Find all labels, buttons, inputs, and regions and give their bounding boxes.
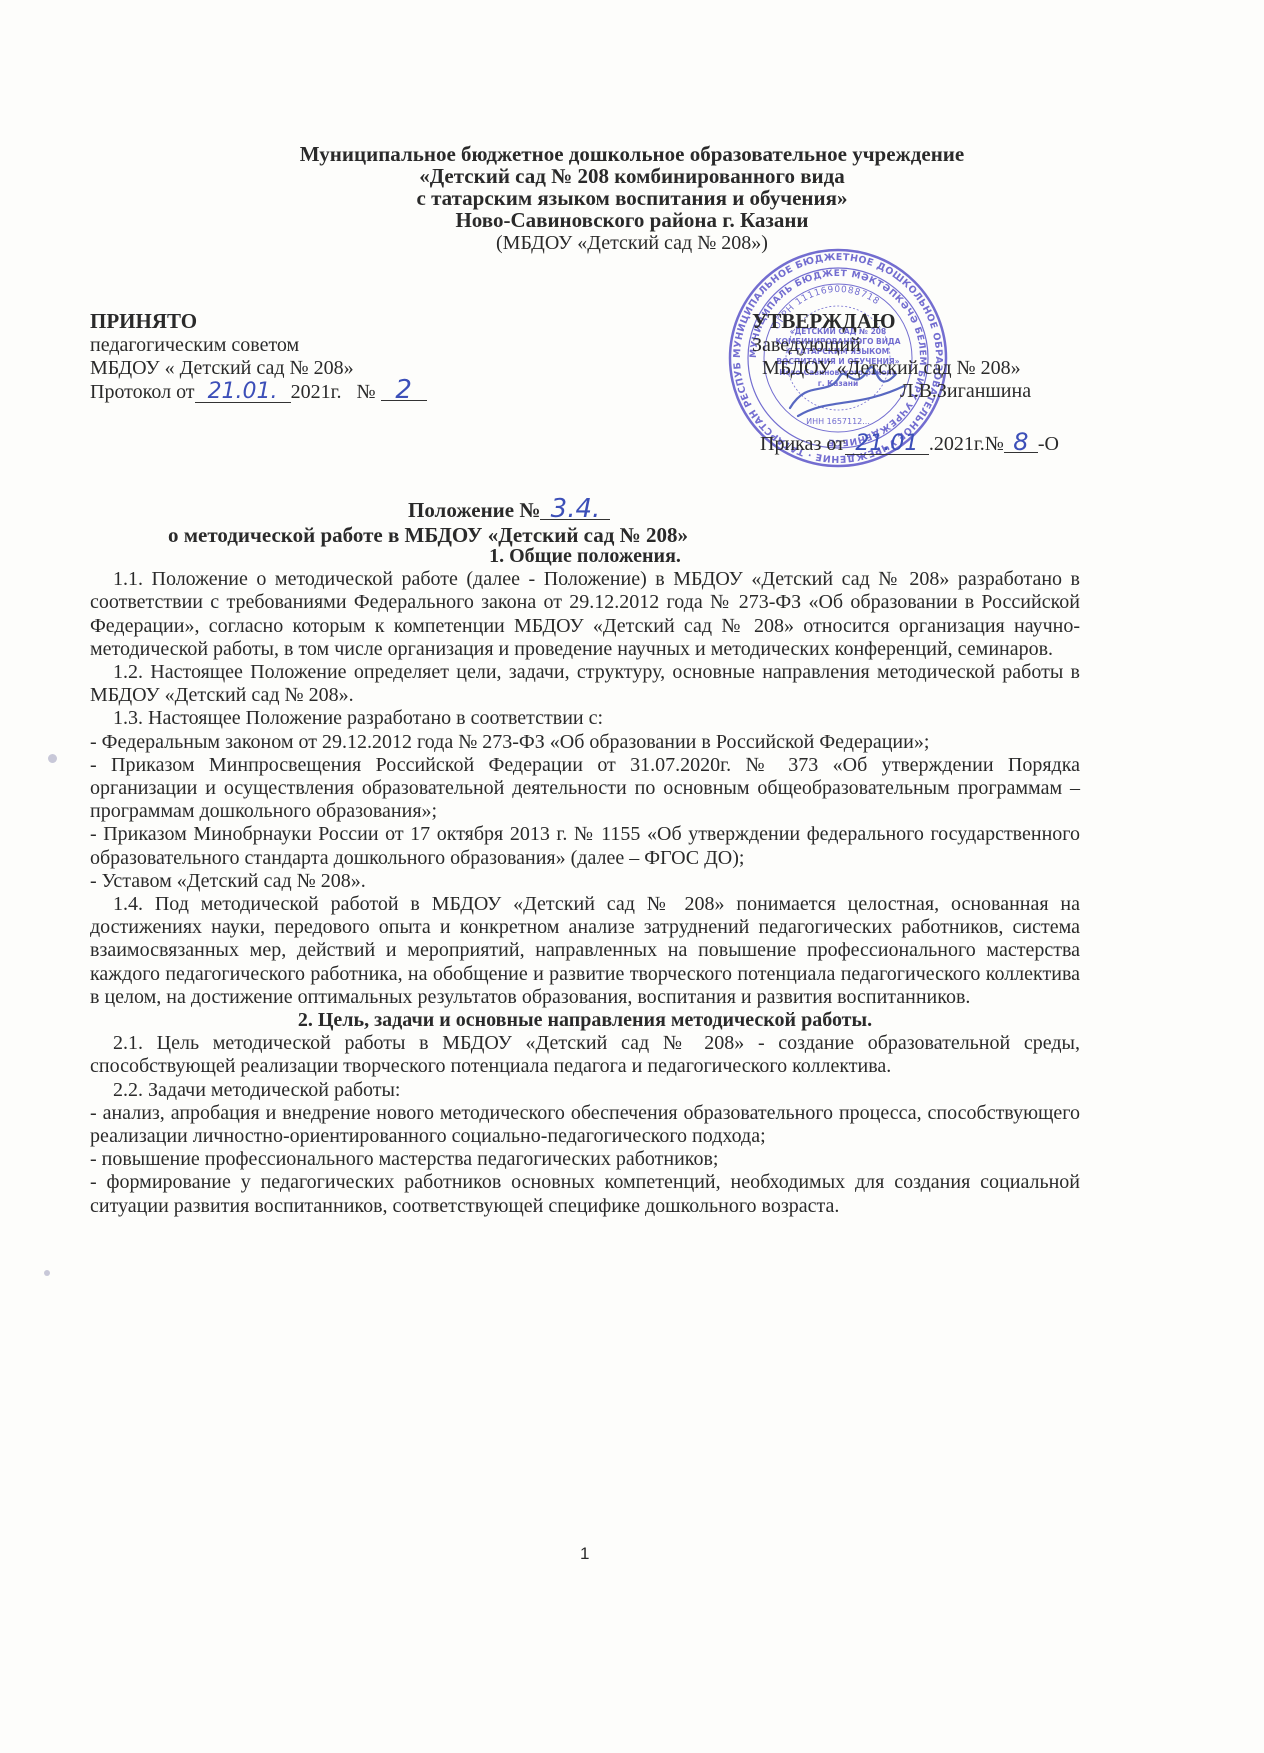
clause-1-3-item: - Приказом Минобрнауки России от 17 октя… (90, 823, 1080, 869)
order-date-handwritten: 21.01 (845, 434, 929, 455)
order-prefix: Приказ от (760, 433, 845, 455)
approved-position: Заведующий (752, 334, 861, 357)
accepted-org: МБДОУ « Детский сад № 208» (90, 357, 354, 380)
protocol-year: 2021г. (291, 381, 342, 403)
clause-2-1: 2.1. Цель методической работы в МБДОУ «Д… (90, 1032, 1080, 1078)
page-number: 1 (580, 1544, 589, 1564)
accepted-council: педагогическим советом (90, 334, 299, 357)
org-name-line-3: с татарским языком воспитания и обучения… (0, 187, 1264, 209)
order-number-handwritten: 8 (1004, 432, 1038, 453)
section-2-title: 2. Цель, задачи и основные направления м… (90, 1009, 1080, 1032)
clause-1-3-item: - Уставом «Детский сад № 208». (90, 870, 1080, 893)
scan-artifact (44, 1270, 50, 1276)
protocol-number-handwritten: 2 (381, 380, 427, 401)
clause-1-3-item: - Федеральным законом от 29.12.2012 года… (90, 731, 1080, 754)
document-page: Муниципальное бюджетное дошкольное образ… (0, 0, 1264, 1753)
document-number-handwritten: 3.4. (540, 499, 610, 520)
stamp-inn: ИНН 1657112... (806, 417, 870, 426)
clause-2-2-item: - повышение профессионального мастерства… (90, 1148, 1080, 1171)
protocol-prefix: Протокол от (90, 381, 195, 403)
order-year: .2021г.№ (929, 433, 1004, 455)
approved-signatory-name: Л.В.Зиганшина (900, 380, 1031, 403)
document-title: Положение №3.4. (408, 497, 610, 523)
clause-2-2: 2.2. Задачи методической работы: (90, 1079, 1080, 1102)
approved-org: МБДОУ «Детский сад № 208» (762, 357, 1021, 380)
stamp-center-line-6: г. Казани (818, 379, 858, 388)
clause-1-2: 1.2. Настоящее Положение определяет цели… (90, 661, 1080, 707)
clause-2-2-item: - анализ, апробация и внедрение нового м… (90, 1102, 1080, 1148)
org-name-line-4: Ново-Савиновского района г. Казани (0, 209, 1264, 231)
order-suffix: -О (1038, 433, 1059, 455)
clause-1-4: 1.4. Под методической работой в МБДОУ «Д… (90, 893, 1080, 1009)
approved-order: Приказ от21.01.2021г.№8-О (760, 432, 1059, 456)
clause-1-1: 1.1. Положение о методической работе (да… (90, 568, 1080, 661)
org-name-line-1: Муниципальное бюджетное дошкольное образ… (0, 143, 1264, 165)
org-name-line-2: «Детский сад № 208 комбинированного вида (0, 165, 1264, 187)
accepted-title: ПРИНЯТО (90, 310, 197, 333)
document-body: 1. Общие положения. 1.1. Положение о мет… (90, 545, 1080, 1218)
protocol-date-handwritten: 21.01. (195, 382, 291, 403)
accepted-protocol: Протокол от21.01.2021г. № 2 (90, 380, 427, 404)
document-title-prefix: Положение № (408, 498, 540, 522)
approved-title: УТВЕРЖДАЮ (752, 310, 896, 333)
clause-1-3: 1.3. Настоящее Положение разработано в с… (90, 707, 1080, 730)
clause-1-3-item: - Приказом Минпросвещения Российской Фед… (90, 754, 1080, 824)
clause-2-2-item: - формирование у педагогических работник… (90, 1171, 1080, 1217)
org-short-name: (МБДОУ «Детский сад № 208») (0, 232, 1264, 254)
protocol-number-label: № (357, 381, 376, 403)
section-1-title: 1. Общие положения. (90, 545, 1080, 568)
scan-artifact (48, 754, 57, 763)
